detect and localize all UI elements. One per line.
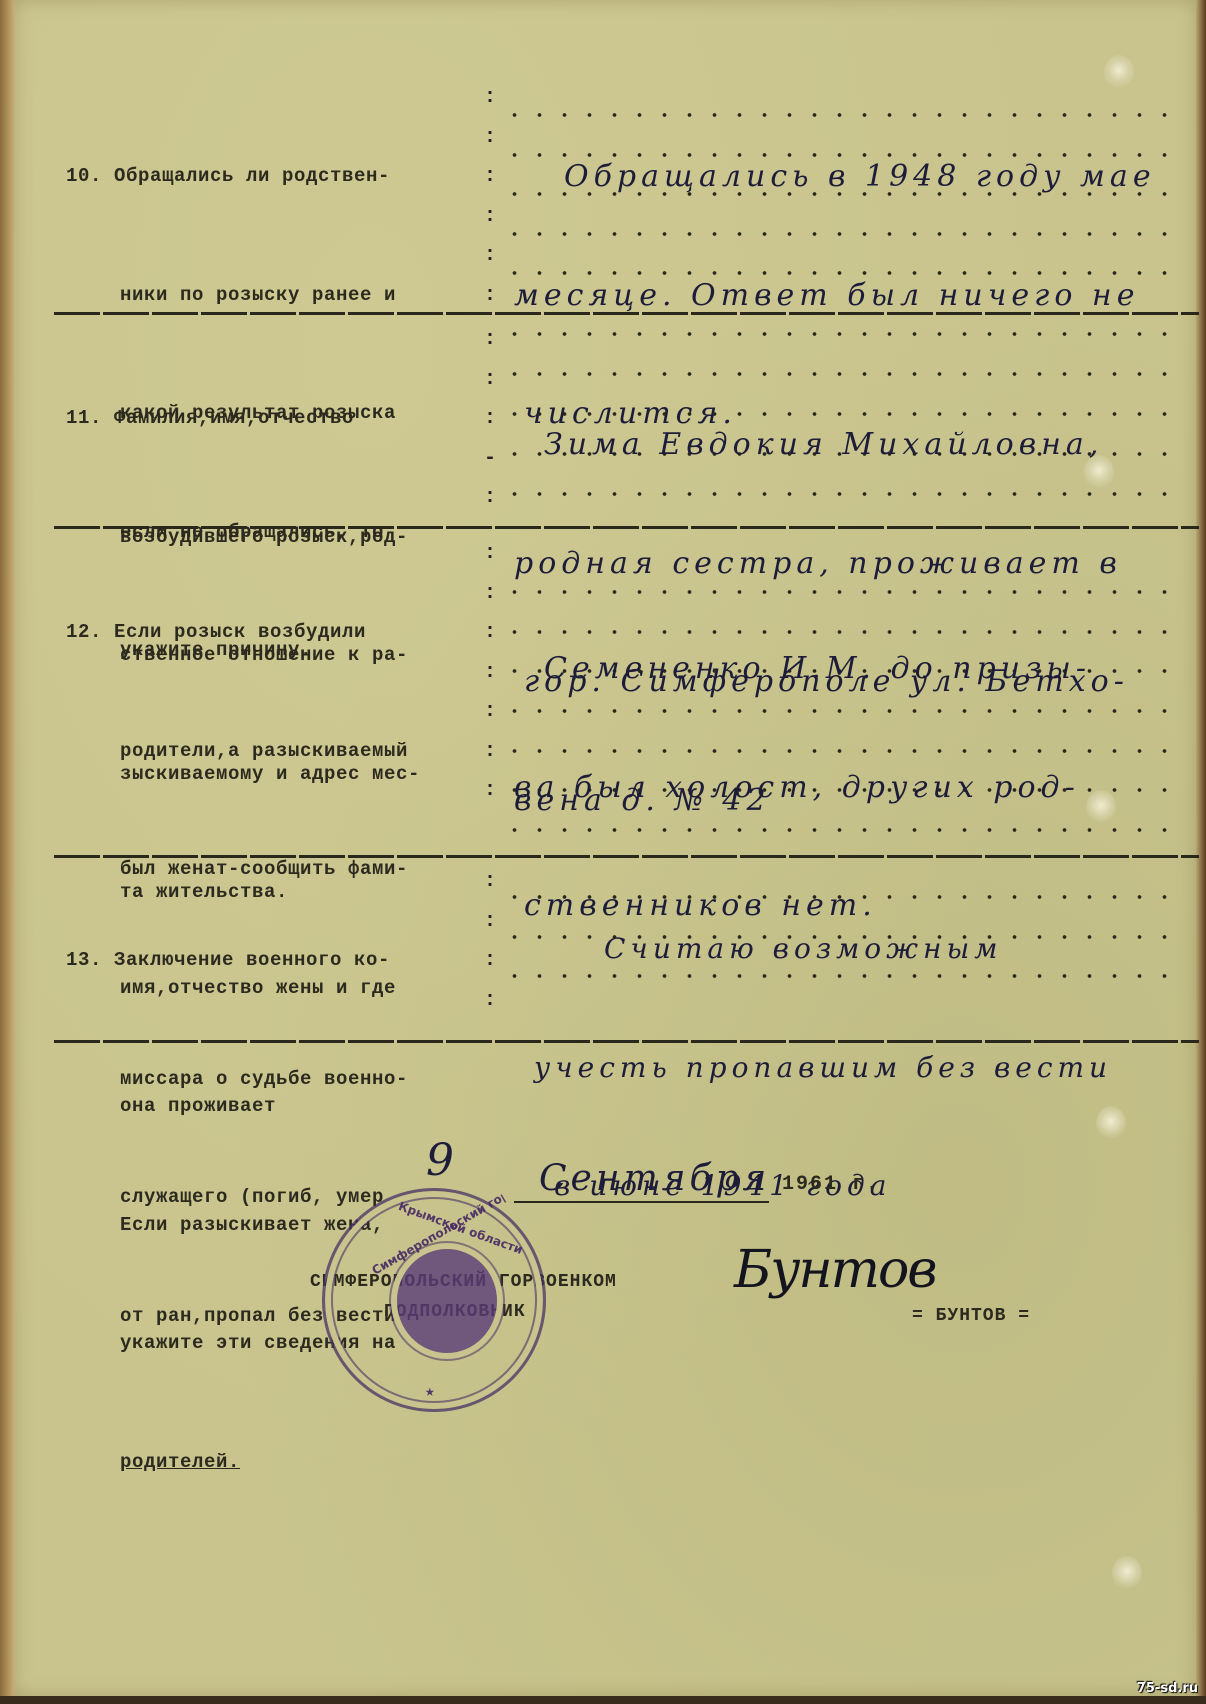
question-line: Обращались ли родствен- [114, 165, 390, 187]
section-number: 11. [66, 399, 114, 439]
question-line: миссара о судьбе военно- [66, 1060, 506, 1100]
question-line: Фамилия,имя,отчество [114, 407, 354, 429]
answer-line: Обращались в 1948 году мае [514, 157, 1184, 197]
date-day: 9 [426, 1135, 454, 1186]
date-underline [514, 1201, 769, 1203]
colon-column: :::-: [484, 320, 494, 518]
dotted-line [502, 332, 1182, 336]
section-divider [54, 312, 1199, 315]
answer-line: месяце. Ответ был ничего не [514, 276, 1184, 316]
answer-line: ва был холост, других род- [514, 768, 1184, 808]
answer-line: Семененко И.М. до призы- [514, 649, 1184, 689]
section-divider [54, 1040, 1199, 1043]
paper-edge-bottom [0, 1696, 1206, 1704]
colon-column: :::: [484, 862, 494, 1020]
section-number: 13. [66, 941, 114, 981]
question-line: родителей. [66, 1443, 506, 1483]
signatory-name: = БУНТОВ = [912, 1306, 1030, 1326]
question-line: родители,а разыскиваемый [66, 732, 506, 772]
colon-column: ::::::: [484, 534, 494, 811]
question-line: Если розыск возбудили [114, 621, 366, 643]
colon-column: :::::: [484, 78, 494, 315]
answer-line: учесть пропавшим без вести [514, 1048, 1184, 1088]
star-icon: ★ [425, 1381, 435, 1401]
coat-of-arms-emblem-icon [397, 1249, 497, 1353]
answer-line: Зима Евдокия Михайловна, [514, 425, 1184, 465]
signature: Бунтов [734, 1240, 936, 1300]
paper-edge-left [0, 0, 14, 1704]
date-year: 1961 г. [782, 1173, 880, 1196]
answer-line: Считаю возможным [514, 929, 1184, 969]
section-number: 10. [66, 157, 114, 197]
official-stamp: Симферопольский городской военный комисс… [322, 1188, 546, 1412]
section-number: 12. [66, 613, 114, 653]
section-divider [54, 526, 1199, 529]
pin-hole-icon [1112, 1556, 1142, 1590]
watermark: 75-sd.ru [1137, 1681, 1198, 1696]
paper-edge-right [1196, 0, 1206, 1704]
question-line: Заключение военного ко- [114, 949, 390, 971]
document-sheet: 10.Обращались ли родствен- ники по розыс… [14, 0, 1196, 1696]
question-line: ники по розыску ранее и [66, 276, 506, 316]
date-month: Сентября [539, 1158, 770, 1199]
answer-13: Считаю возможным учесть пропавшим без ве… [514, 850, 1184, 1285]
